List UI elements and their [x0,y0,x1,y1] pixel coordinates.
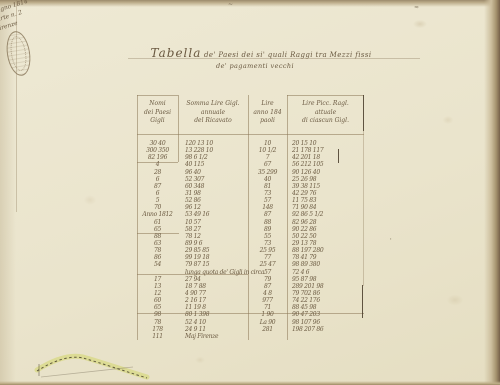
table-cell: 4 90 77 [178,290,248,297]
table-body: 30 40120 13 101020 15 10300 35013 228 10… [137,140,364,340]
table-cell: 27 94 [178,276,248,283]
table-cell: 7 [248,154,287,161]
rule-header-bottom [137,134,364,135]
table-cell: 98 [137,311,178,318]
rule-top-col1 [137,95,178,96]
table-row: 8878 125550 22 50 [137,233,364,240]
header-line: Nomi [137,100,178,109]
table-row: 7096 1214871 90 84 [137,204,364,211]
table-cell: 78 [137,319,178,326]
table-row: 7829 85 8525 9588 197 280 [137,247,364,254]
table-cell: 6 [137,176,178,183]
table-header-row: Nomidei PaesiGigliSomma Lire Gigl.annual… [137,97,364,134]
table-cell: 57 [248,197,287,204]
corner-annotation: Giugno 1814 Carte n. 2 Firenze [0,0,34,34]
table-row: 111Maj Firenze [137,333,364,340]
table-cell: 56 212 105 [287,161,364,168]
data-table: Nomidei PaesiGigliSomma Lire Gigl.annual… [137,95,364,341]
table-row: 631 987342 29 76 [137,190,364,197]
table-cell: 73 [248,240,287,247]
oval-stamp-inner [8,35,28,72]
table-row: Anno 181253 49 168792 86 5 1/2 [137,211,364,218]
table-cell: 78 41 79 [287,254,364,261]
table-row: 2896 4035 29990 126 40 [137,169,364,176]
table-cell: 74 22 176 [287,297,364,304]
table-cell: 17 [137,276,178,283]
table-row: 6511 19 87188 45 98 [137,304,364,311]
table-cell: 148 [248,204,287,211]
table-row: 652 3074025 26 98 [137,176,364,183]
table-cell: 10 [248,140,287,147]
table-cell: 25 26 98 [287,176,364,183]
table-cell: 79 702 86 [287,290,364,297]
table-cell: 11 75 83 [287,197,364,204]
title-underline [128,58,420,59]
table-cell: 87 [248,283,287,290]
table-row: 30 40120 13 101020 15 10 [137,140,364,147]
table-cell: 198 207 86 [287,326,364,333]
table-cell: 13 [137,283,178,290]
table-cell: 88 45 98 [287,304,364,311]
table-cell: 78 [137,247,178,254]
table-cell: 39 38 115 [287,183,364,190]
table-row: lunga quota de' Gigli in circa5772 4 6 [137,269,364,276]
ink-fleck-top: ~ [228,1,233,8]
table-cell: 4 [137,161,178,168]
table-cell: 18 7 88 [178,283,248,290]
table-cell: 40 115 [178,161,248,168]
table-row: 8699 19 187778 41 79 [137,254,364,261]
table-cell: 42 201 18 [287,154,364,161]
table-cell: 31 98 [178,190,248,197]
table-row: 1727 947995 87 98 [137,276,364,283]
table-cell: 73 [248,190,287,197]
table-cell: 55 [248,233,287,240]
header-line: anno 184 [248,109,287,118]
header-line: dei Paesi [137,109,178,118]
table-row: 552 865711 75 83 [137,197,364,204]
table-cell: 53 49 16 [178,211,248,218]
header-line: annuale [178,109,248,118]
table-cell: 79 87 15 [178,261,248,268]
header-line: del Ricavato [178,117,248,126]
table-cell: 67 [248,161,287,168]
table-cell: 90 47 203 [287,311,364,318]
table-cell: 29 13 78 [287,240,364,247]
table-row: 440 1156756 212 105 [137,161,364,168]
table-cell: 54 [137,261,178,268]
table-cell: 98 6 1/2 [178,154,248,161]
table-cell: 95 87 98 [287,276,364,283]
table-cell: Anno 1812 [137,211,178,218]
ink-fleck-right-margin: ' [390,238,392,245]
table-cell: 977 [248,297,287,304]
table-cell: 90 126 40 [287,169,364,176]
table-row: 6558 278990 22 86 [137,226,364,233]
header-line: Lire Picc. Ragl. [287,100,364,109]
table-cell: 92 86 5 1/2 [287,211,364,218]
table-cell: 10 57 [178,219,248,226]
table-cell: 96 40 [178,169,248,176]
table-cell: 98 107 96 [287,319,364,326]
table-cell: 70 [137,204,178,211]
table-row: 300 35013 228 1010 1/221 178 117 [137,147,364,154]
profile-sketch [25,346,155,382]
table-cell: lunga quota de' Gigli in circa [178,269,248,276]
document-subtitle: de' pagamenti vecchi [175,62,335,70]
ink-fleck-top-right: ≈ [414,4,419,11]
table-cell: 11 19 8 [178,304,248,311]
table-row: 9880 1 3981 9090 47 203 [137,311,364,318]
table-cell: 12 [137,290,178,297]
table-cell: 80 1 398 [178,311,248,318]
table-cell: 52 86 [178,197,248,204]
table-cell: 82 196 [137,154,178,161]
table-cell: 87 [248,211,287,218]
table-cell: 1 90 [248,311,287,318]
header-line: Gigli [137,117,178,126]
table-row: 1318 7 8887289 201 98 [137,283,364,290]
table-cell: 4 8 [248,290,287,297]
table-cell: 89 9 6 [178,240,248,247]
table-header-cell-3: Lire Picc. Ragl.attualedi ciascun Gigl. [287,97,364,134]
table-cell: 111 [137,333,178,340]
table-cell: 63 [137,240,178,247]
table-row: 7852 4 10La 9098 107 96 [137,319,364,326]
manuscript-page: Giugno 1814 Carte n. 2 Firenze Tabella d… [0,0,500,385]
table-cell: 77 [248,254,287,261]
table-cell: 25 95 [248,247,287,254]
sketch-baseline [41,367,133,377]
table-cell: 178 [137,326,178,333]
header-line: Somma Lire Gigl. [178,100,248,109]
table-row: 17824 9 11281198 207 86 [137,326,364,333]
table-cell: 5 [137,197,178,204]
table-cell: 20 15 10 [287,140,364,147]
rule-top-col4 [287,95,364,96]
table-cell: 35 299 [248,169,287,176]
table-cell: 300 350 [137,147,178,154]
table-cell: 21 178 117 [287,147,364,154]
table-cell: 86 [137,254,178,261]
header-line: Lire [248,100,287,109]
header-line: di ciascun Gigl. [287,117,364,126]
table-row: 82 19698 6 1/2742 201 18 [137,154,364,161]
table-cell: 24 9 11 [178,326,248,333]
table-cell: 6 [137,190,178,197]
table-cell: 52 307 [178,176,248,183]
table-row: 6389 9 67329 13 78 [137,240,364,247]
table-cell: 88 197 280 [287,247,364,254]
table-cell: La 90 [248,319,287,326]
table-cell: 57 [248,269,287,276]
table-row: 5479 87 1525 4798 89 380 [137,261,364,268]
table-cell: 58 27 [178,226,248,233]
table-cell: 79 [248,276,287,283]
table-cell: 71 90 84 [287,204,364,211]
table-cell: 90 22 86 [287,226,364,233]
table-cell: 82 96 28 [287,219,364,226]
table-cell: 2 16 17 [178,297,248,304]
page-top-edge [0,0,500,7]
table-cell: 72 4 6 [287,269,364,276]
table-cell: 25 47 [248,261,287,268]
table-cell [287,333,364,340]
table-cell: 81 [248,183,287,190]
table-cell [137,269,178,276]
table-cell: 50 22 50 [287,233,364,240]
table-cell [248,333,287,340]
table-cell: 281 [248,326,287,333]
table-cell: 96 12 [178,204,248,211]
table-row: 124 90 774 879 702 86 [137,290,364,297]
table-cell: 98 89 380 [287,261,364,268]
table-cell: 29 85 85 [178,247,248,254]
table-cell: 52 4 10 [178,319,248,326]
table-cell: 120 13 10 [178,140,248,147]
header-line: paoli [248,117,287,126]
table-cell: 289 201 98 [287,283,364,290]
table-cell: 60 348 [178,183,248,190]
table-cell: 30 40 [137,140,178,147]
table-cell: 10 1/2 [248,147,287,154]
table-row: 602 16 1797774 22 176 [137,297,364,304]
table-header-cell-1: Somma Lire Gigl.annualedel Ricavato [178,97,248,134]
table-cell: 28 [137,169,178,176]
table-header-cell-2: Lireanno 184paoli [248,97,287,134]
table-cell: 87 [137,183,178,190]
table-header-cell-0: Nomidei PaesiGigli [137,97,178,134]
sketch-highlight-stroke [37,356,147,377]
header-line: attuale [287,109,364,118]
page-right-edge [484,0,500,385]
table-cell: 42 29 76 [287,190,364,197]
table-cell: 65 [137,304,178,311]
table-cell: 99 19 18 [178,254,248,261]
table-cell: Maj Firenze [178,333,248,340]
table-cell: 88 [248,219,287,226]
table-cell: 88 [137,233,178,240]
table-cell: 60 [137,297,178,304]
table-cell: 78 12 [178,233,248,240]
table-row: 6110 578882 96 28 [137,219,364,226]
table-cell: 61 [137,219,178,226]
table-row: 8760 3488139 38 115 [137,183,364,190]
table-cell: 13 228 10 [178,147,248,154]
table-cell: 89 [248,226,287,233]
table-cell: 71 [248,304,287,311]
table-cell: 40 [248,176,287,183]
table-cell: 65 [137,226,178,233]
